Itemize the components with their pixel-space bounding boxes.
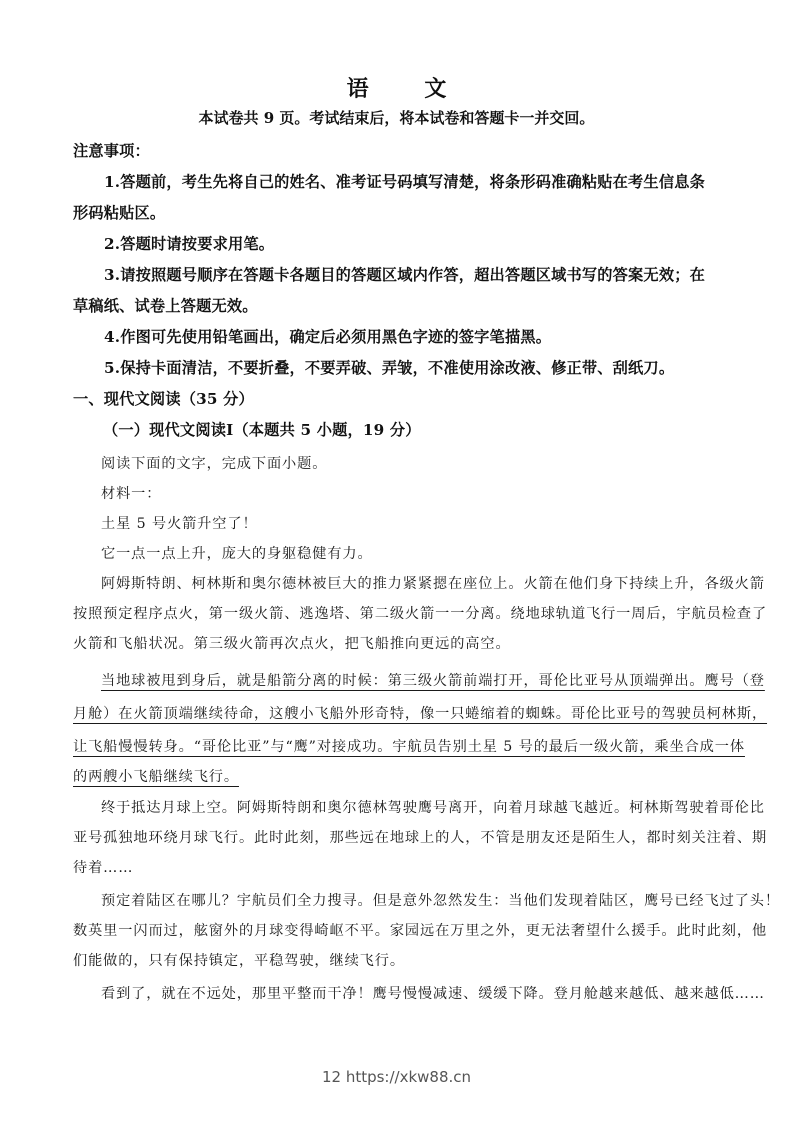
section-heading: 一、现代文阅读（35 分）	[73, 388, 254, 409]
notice-item-2: 2.答题时请按要求用笔。	[104, 233, 274, 254]
passage-line: 看到了，就在不远处，那里平整而干净！鹰号慢慢减速、缓缓下降。登月舱越来越低、越来…	[101, 983, 765, 1003]
passage-line: 预定着陆区在哪儿？宇航员们全力搜寻。但是意外忽然发生：当他们发现着陆区，鹰号已经…	[101, 890, 780, 910]
passage-line: 它一点一点上升，庞大的身躯稳健有力。	[101, 543, 373, 563]
underlined-passage-line: 月舱）在火箭顶端继续待命，这艘小飞船外形奇特，像一只蜷缩着的蜘蛛。哥伦比亚号的驾…	[73, 703, 767, 723]
notice-item-5: 5.保持卡面清洁，不要折叠，不要弄破、弄皱，不准使用涂改液、修正带、刮纸刀。	[104, 357, 674, 378]
material-label: 材料一：	[101, 483, 161, 503]
section-subheading: （一）现代文阅读Ⅰ（本题共 5 小题，19 分）	[103, 419, 421, 440]
passage-line: 待着……	[73, 857, 133, 877]
notice-item-4: 4.作图可先使用铅笔画出，确定后必须用黑色字迹的签字笔描黑。	[104, 326, 551, 347]
underlined-passage-line: 的两艘小飞船继续飞行。	[73, 766, 239, 786]
passage-line: 火箭和飞船状况。第三级火箭再次点火，把飞船推向更远的高空。	[73, 633, 511, 653]
notice-item-3-line-2: 草稿纸、试卷上答题无效。	[73, 295, 258, 316]
passage-line: 亚号孤独地环绕月球飞行。此时此刻，那些远在地球上的人，不管是朋友还是陌生人，都时…	[73, 827, 767, 847]
notice-item-1-line-2: 形码粘贴区。	[73, 202, 165, 223]
reading-instruction: 阅读下面的文字，完成下面小题。	[101, 453, 327, 473]
page-title: 语 文	[0, 72, 793, 103]
passage-line: 终于抵达月球上空。阿姆斯特朗和奥尔德林驾驶鹰号离开，向着月球越飞越近。柯林斯驾驶…	[101, 797, 765, 817]
notices-heading: 注意事项：	[73, 140, 150, 161]
underlined-passage-line: 当地球被甩到身后，就是船箭分离的时候：第三级火箭前端打开，哥伦比亚号从顶端弹出。…	[101, 670, 765, 690]
exam-subtitle: 本试卷共 9 页。考试结束后，将本试卷和答题卡一并交回。	[0, 107, 793, 128]
page-footer: 12 https://xkw88.cn	[0, 1068, 793, 1086]
exam-page: 语 文 本试卷共 9 页。考试结束后，将本试卷和答题卡一并交回。 注意事项： 1…	[0, 0, 793, 1122]
passage-line: 阿姆斯特朗、柯林斯和奥尔德林被巨大的推力紧紧摁在座位上。火箭在他们身下持续上升，…	[101, 573, 765, 593]
passage-line: 数英里一闪而过，舷窗外的月球变得崎岖不平。家园远在万里之外，更无法奢望什么援手。…	[73, 920, 767, 940]
passage-line: 土星 5 号火箭升空了！	[101, 513, 258, 533]
underlined-passage-line: 让飞船慢慢转身。“哥伦比亚”与“鹰”对接成功。宇航员告别土星 5 号的最后一级火…	[73, 736, 745, 756]
passage-line: 们能做的，只有保持镇定，平稳驾驶，继续飞行。	[73, 950, 405, 970]
notice-item-3-line-1: 3.请按照题号顺序在答题卡各题目的答题区域内作答，超出答题区域书写的答案无效；在	[104, 264, 705, 285]
notice-item-1-line-1: 1.答题前，考生先将自己的姓名、准考证号码填写清楚，将条形码准确粘贴在考生信息条	[104, 171, 705, 192]
passage-line: 按照预定程序点火，第一级火箭、逃逸塔、第二级火箭一一分离。绕地球轨道飞行一周后，…	[73, 603, 767, 623]
